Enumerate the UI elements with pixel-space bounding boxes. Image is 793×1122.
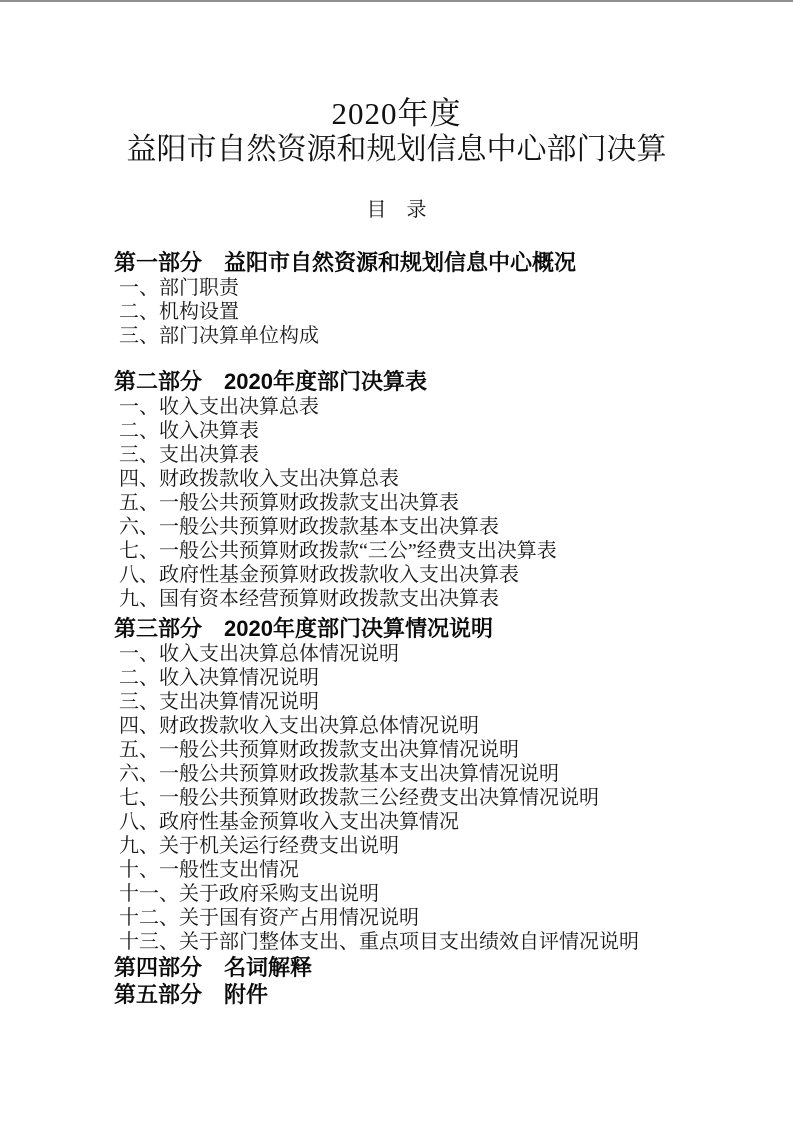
section-heading: 第四部分 名词解释 bbox=[114, 954, 733, 981]
toc-item: 一、收入支出决算总体情况说明 bbox=[114, 642, 733, 666]
toc-item: 十一、关于政府采购支出说明 bbox=[114, 882, 733, 906]
toc-item: 二、收入决算表 bbox=[114, 419, 733, 443]
toc-item: 六、一般公共预算财政拨款基本支出决算情况说明 bbox=[114, 762, 733, 786]
toc-item: 七、一般公共预算财政拨款三公经费支出决算情况说明 bbox=[114, 786, 733, 810]
toc-item: 九、国有资本经营预算财政拨款支出决算表 bbox=[114, 587, 733, 611]
toc-item: 十三、关于部门整体支出、重点项目支出绩效自评情况说明 bbox=[114, 930, 733, 954]
toc-item: 五、一般公共预算财政拨款支出决算表 bbox=[114, 491, 733, 515]
toc-section-part2: 第二部分 2020年度部门决算表 一、收入支出决算总表 二、收入决算表 三、支出… bbox=[114, 368, 733, 611]
toc-item: 十、一般性支出情况 bbox=[114, 858, 733, 882]
section-heading: 第二部分 2020年度部门决算表 bbox=[114, 368, 733, 395]
document-title: 2020年度 益阳市自然资源和规划信息中心部门决算 bbox=[0, 2, 793, 169]
toc-item: 八、政府性基金预算收入支出决算情况 bbox=[114, 810, 733, 834]
toc-section-part3: 第三部分 2020年度部门决算情况说明 一、收入支出决算总体情况说明 二、收入决… bbox=[114, 615, 733, 954]
toc-item: 一、部门职责 bbox=[114, 276, 733, 300]
document-page: 2020年度 益阳市自然资源和规划信息中心部门决算 目 录 第一部分 益阳市自然… bbox=[0, 0, 793, 1122]
toc-section-part5: 第五部分 附件 bbox=[114, 981, 733, 1008]
toc-section-part4: 第四部分 名词解释 bbox=[114, 954, 733, 981]
toc-item: 三、支出决算表 bbox=[114, 443, 733, 467]
toc-item: 八、政府性基金预算财政拨款收入支出决算表 bbox=[114, 563, 733, 587]
document-title-year: 2020年度 bbox=[0, 2, 793, 131]
toc-item: 七、一般公共预算财政拨款“三公”经费支出决算表 bbox=[114, 539, 733, 563]
toc-section-part1: 第一部分 益阳市自然资源和规划信息中心概况 一、部门职责 二、机构设置 三、部门… bbox=[114, 249, 733, 348]
section-heading: 第三部分 2020年度部门决算情况说明 bbox=[114, 615, 733, 642]
toc-list: 第一部分 益阳市自然资源和规划信息中心概况 一、部门职责 二、机构设置 三、部门… bbox=[114, 249, 733, 1008]
toc-heading: 目 录 bbox=[0, 197, 793, 223]
section-heading: 第五部分 附件 bbox=[114, 981, 733, 1008]
toc-item: 六、一般公共预算财政拨款基本支出决算表 bbox=[114, 515, 733, 539]
document-title-name: 益阳市自然资源和规划信息中心部门决算 bbox=[0, 131, 793, 169]
toc-item: 五、一般公共预算财政拨款支出决算情况说明 bbox=[114, 738, 733, 762]
toc-item: 二、收入决算情况说明 bbox=[114, 666, 733, 690]
toc-item: 三、部门决算单位构成 bbox=[114, 324, 733, 348]
toc-item: 九、关于机关运行经费支出说明 bbox=[114, 834, 733, 858]
toc-item: 一、收入支出决算总表 bbox=[114, 395, 733, 419]
toc-item: 二、机构设置 bbox=[114, 300, 733, 324]
toc-item: 十二、关于国有资产占用情况说明 bbox=[114, 906, 733, 930]
toc-item: 三、支出决算情况说明 bbox=[114, 690, 733, 714]
toc-item: 四、财政拨款收入支出决算总表 bbox=[114, 467, 733, 491]
toc-item: 四、财政拨款收入支出决算总体情况说明 bbox=[114, 714, 733, 738]
section-heading: 第一部分 益阳市自然资源和规划信息中心概况 bbox=[114, 249, 733, 276]
